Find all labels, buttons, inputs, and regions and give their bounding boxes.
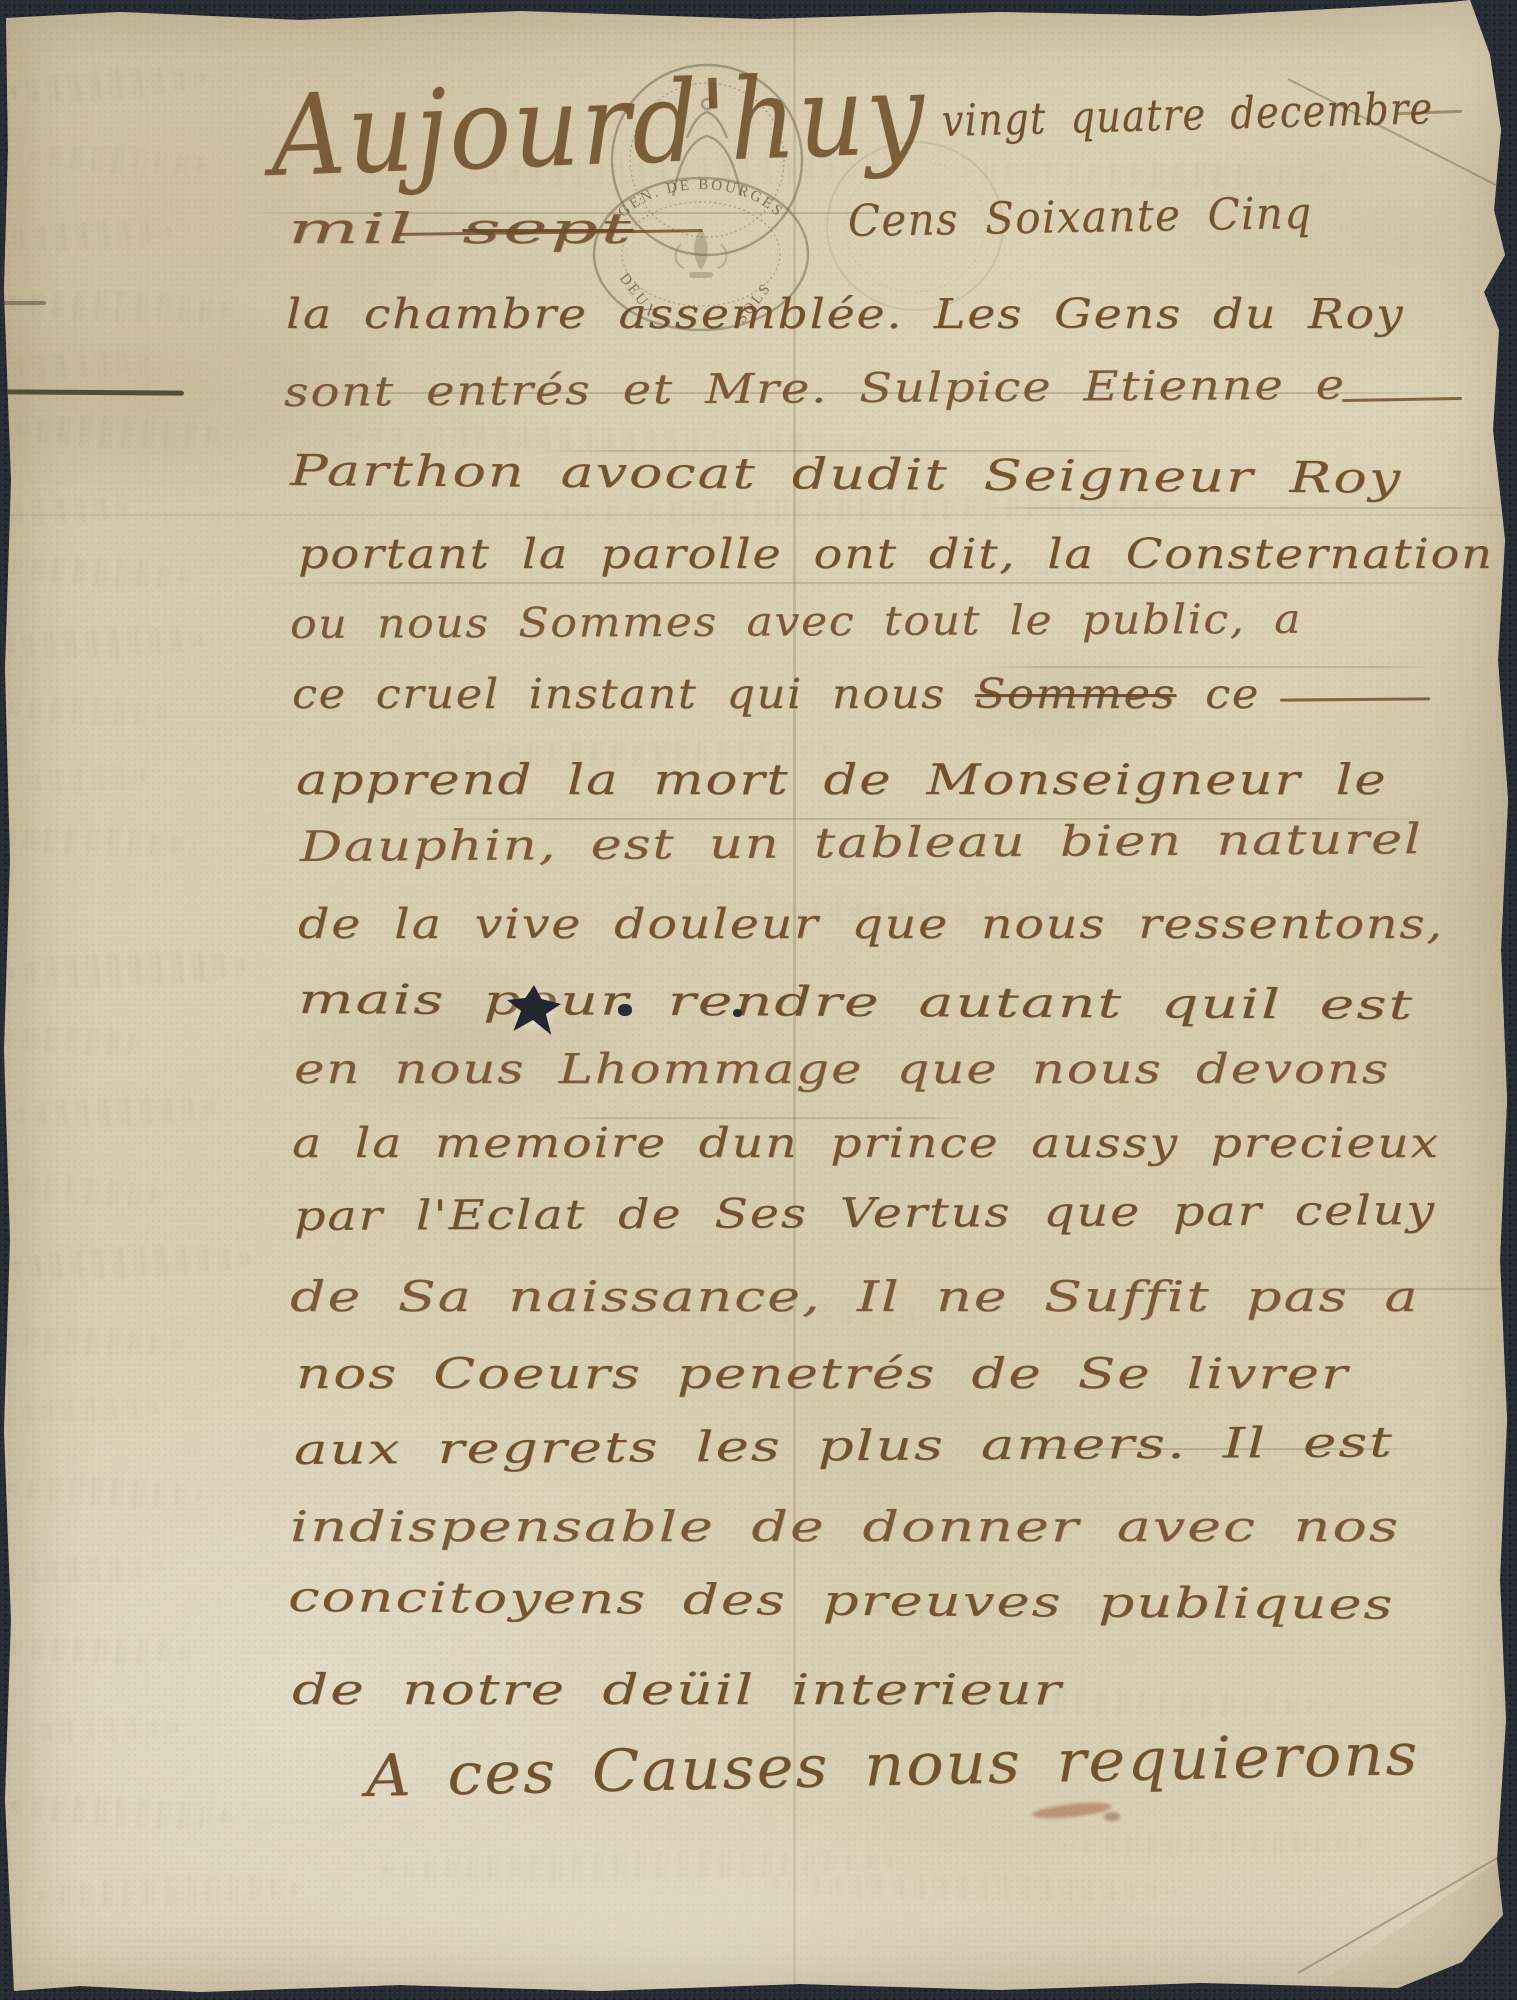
paper-hole [498, 976, 570, 1044]
manuscript-line: aux regrets les plus amers. Il est [294, 1417, 1394, 1474]
manuscript-line: la chambre assemblée. Les Gens du Roy [286, 290, 1404, 338]
manuscript-text: ce [1176, 670, 1260, 718]
manuscript-line: nos Coeurs penetrés de Se livrer [296, 1349, 1349, 1398]
paper-hole-speck [733, 1009, 742, 1017]
manuscript-text: la chambre assemblée. Les Gens du Roy [286, 290, 1404, 338]
manuscript-line: de notre deüil interieur [292, 1665, 1063, 1714]
manuscript-line: mil sept [288, 204, 633, 253]
manuscript-text: de la vive douleur que nous ressentons, [298, 900, 1444, 948]
manuscript-text: vingt quatre decembre [941, 83, 1434, 147]
manuscript-text: Parthon avocat dudit Seigneur Roy [290, 446, 1402, 504]
handwriting-layer: Aujourd'huyvingt quatre decembremil sept… [0, 0, 1517, 2000]
manuscript-line: de la vive douleur que nous ressentons, [298, 900, 1444, 948]
manuscript-line: ce cruel instant qui nous Sommes ce [292, 670, 1260, 718]
manuscript-text: aux regrets les plus amers. Il est [294, 1417, 1394, 1474]
ink-smudge [1104, 1812, 1120, 1821]
manuscript-text: a la memoire dun prince aussy precieux [292, 1119, 1440, 1167]
paper-hole-speck [618, 1004, 632, 1016]
manuscript-text: mil [288, 204, 462, 253]
manuscript-text: Dauphin, est un tableau bien naturel [300, 814, 1423, 871]
manuscript-text: Aujourd'huy [269, 49, 928, 202]
manuscript-text: concitoyens des preuves publiques [288, 1572, 1395, 1629]
manuscript-text: ce cruel instant qui nous [292, 670, 975, 718]
manuscript-text: apprend la mort de Monseigneur le [296, 755, 1388, 804]
manuscript-line: A ces Causes nous requierons [365, 1720, 1420, 1810]
manuscript-text: mais pour rendre autant quil est [298, 975, 1414, 1029]
manuscript-line: ou nous Sommes avec tout le public, a [290, 595, 1302, 648]
manuscript-line: de Sa naissance, Il ne Suffit pas a [290, 1272, 1419, 1321]
manuscript-text: portant la parolle ont dit, la Consterna… [298, 530, 1494, 578]
manuscript-text: par l'Eclat de Ses Vertus que par celuy [294, 1186, 1436, 1240]
manuscript-line: concitoyens des preuves publiques [288, 1572, 1395, 1629]
manuscript-line: a la memoire dun prince aussy precieux [292, 1119, 1440, 1167]
manuscript-line: Cens Soixante Cinq [847, 188, 1313, 247]
manuscript-line: Parthon avocat dudit Seigneur Roy [290, 446, 1402, 504]
paper-sheet: GEN. DE BOURGES DEUX SOLS Aujourd'huyvin… [0, 0, 1517, 2000]
manuscript-line: vingt quatre decembre [941, 83, 1434, 147]
manuscript-line: portant la parolle ont dit, la Consterna… [298, 530, 1494, 578]
manuscript-text: de notre deüil interieur [292, 1665, 1063, 1714]
manuscript-text: indispensable de donner avec nos [290, 1502, 1400, 1551]
manuscript-line: indispensable de donner avec nos [290, 1502, 1400, 1551]
manuscript-line: Aujourd'huy [269, 49, 928, 202]
manuscript-text: sont entrés et Mre. Sulpice Etienne e [284, 361, 1346, 416]
ink-dash [0, 301, 46, 305]
manuscript-text: de Sa naissance, Il ne Suffit pas a [290, 1272, 1419, 1321]
manuscript-text: A ces Causes nous requierons [365, 1720, 1420, 1810]
struck-word: Sommes [975, 670, 1176, 718]
manuscript-line: apprend la mort de Monseigneur le [296, 755, 1388, 804]
manuscript-line: mais pour rendre autant quil est [298, 975, 1414, 1029]
manuscript-scan: GEN. DE BOURGES DEUX SOLS Aujourd'huyvin… [0, 0, 1517, 2000]
manuscript-line: par l'Eclat de Ses Vertus que par celuy [294, 1186, 1436, 1240]
manuscript-text: ou nous Sommes avec tout le public, a [290, 595, 1302, 648]
manuscript-line: sont entrés et Mre. Sulpice Etienne e [284, 361, 1346, 416]
manuscript-line: en nous Lhommage que nous devons [294, 1045, 1390, 1093]
struck-word: sept [462, 204, 633, 253]
manuscript-text: nos Coeurs penetrés de Se livrer [296, 1349, 1349, 1398]
manuscript-text: Cens Soixante Cinq [847, 188, 1313, 247]
manuscript-text: en nous Lhommage que nous devons [294, 1045, 1390, 1093]
manuscript-line: Dauphin, est un tableau bien naturel [300, 814, 1423, 871]
